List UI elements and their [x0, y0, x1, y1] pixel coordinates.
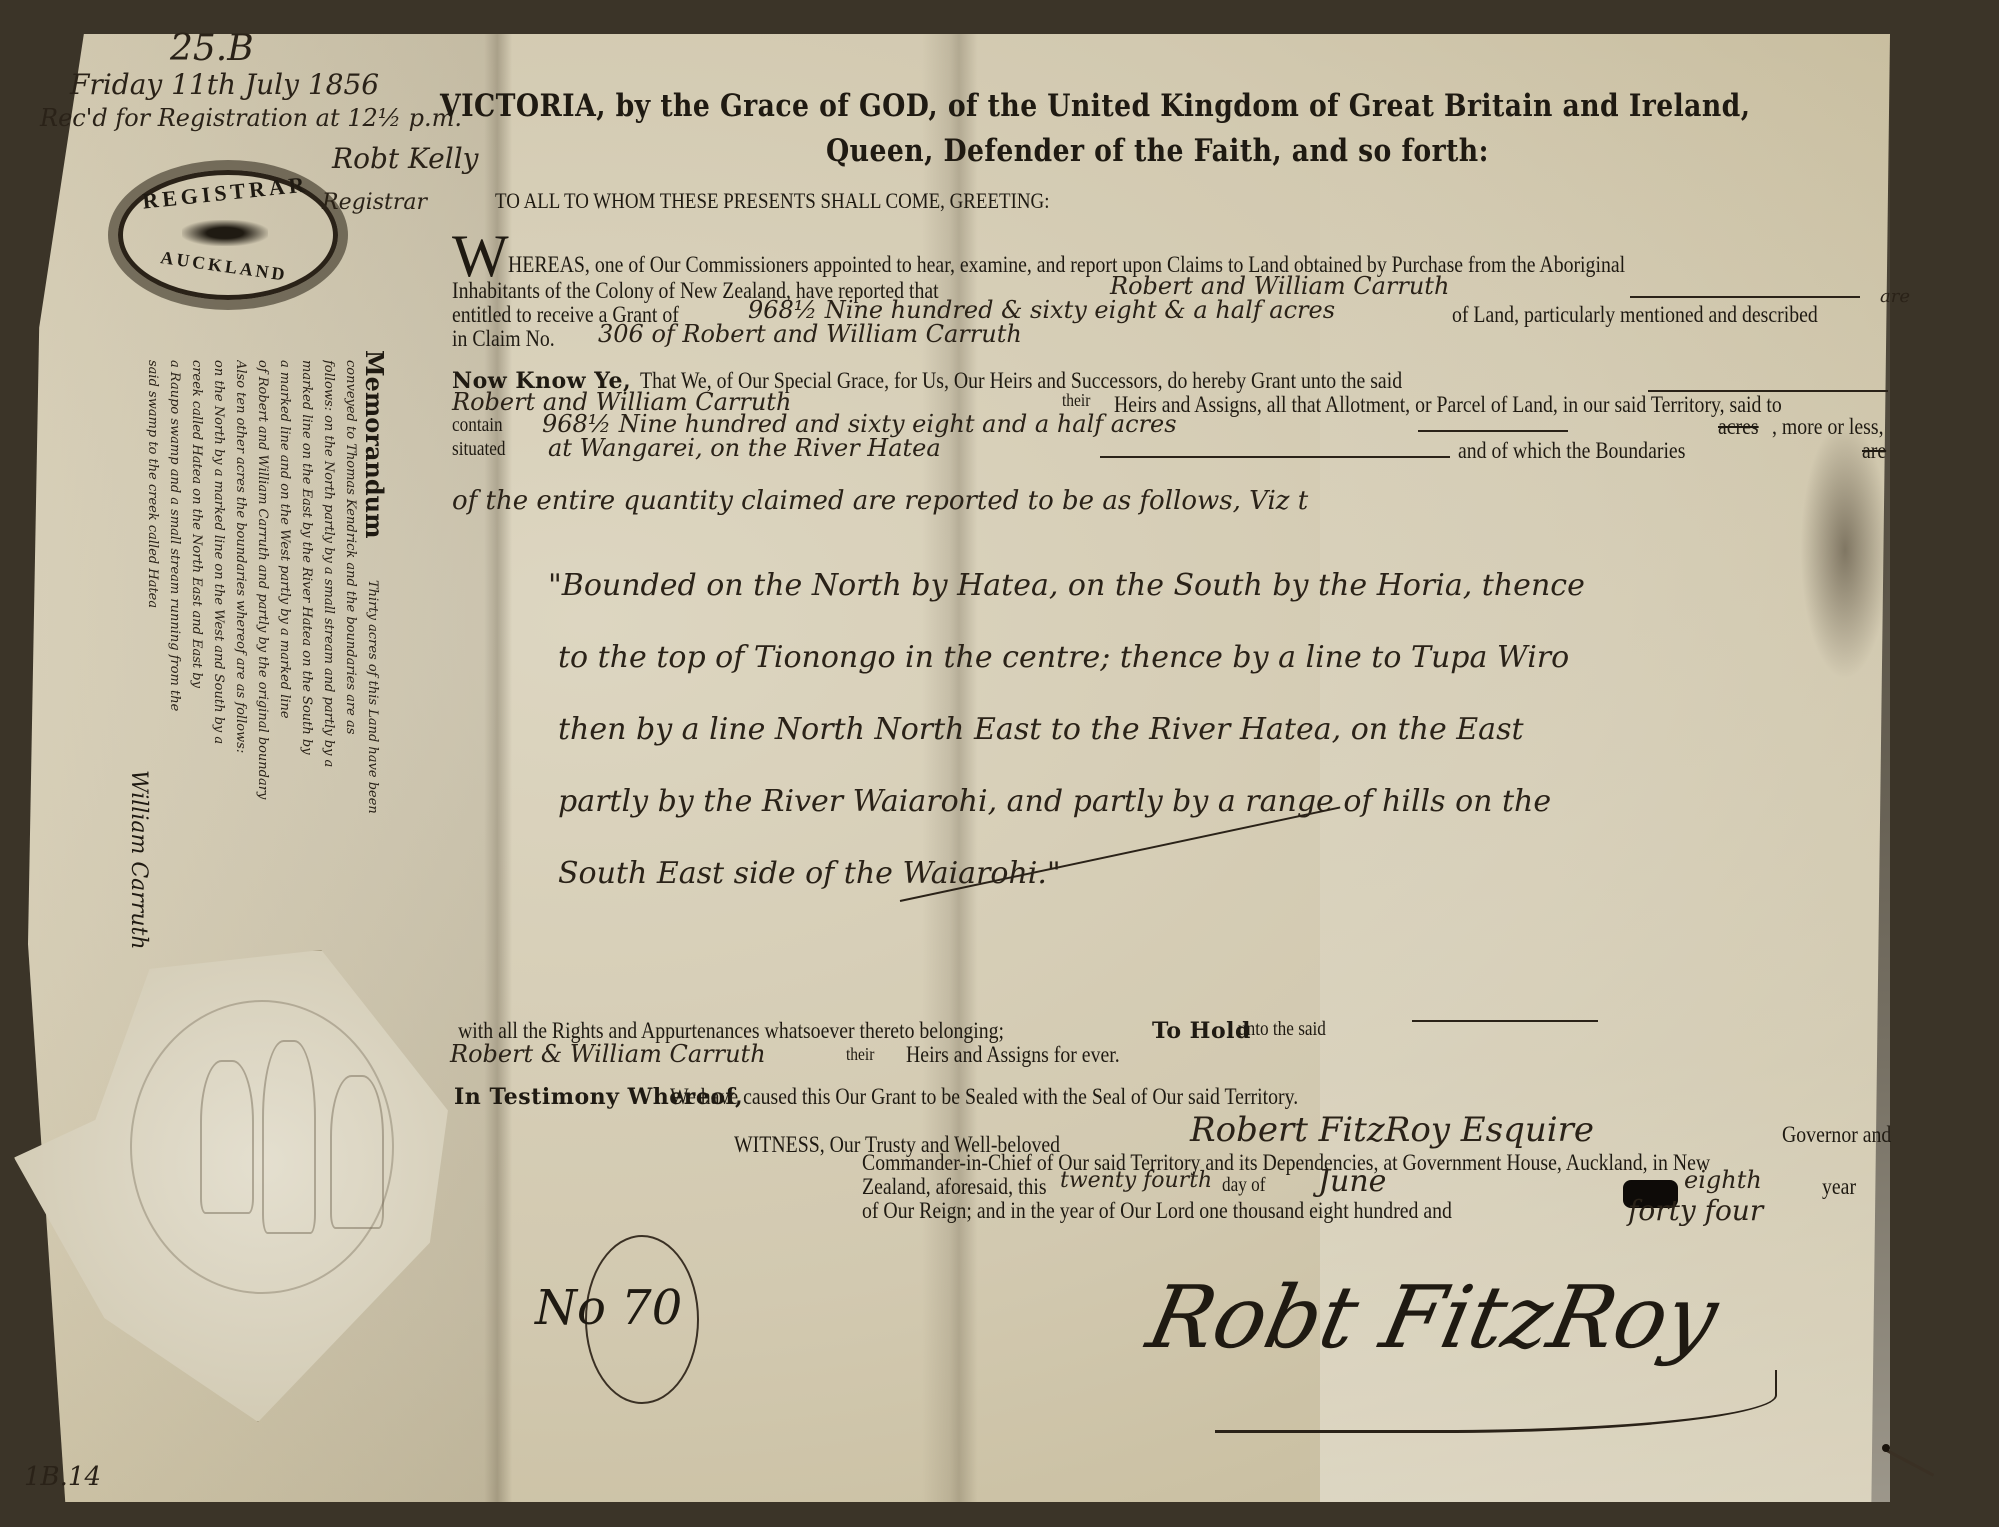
whereas-line-1: HEREAS, one of Our Commissioners appoint…: [508, 252, 1625, 278]
memorandum-title: Memorandum: [360, 350, 389, 539]
governor-signature: Robt FitzRoy: [1139, 1268, 1726, 1368]
seal-figure-icon: [330, 1075, 384, 1229]
day-of-label: day of: [1222, 1174, 1265, 1197]
testimony-text: We have caused this Our Grant to be Seal…: [670, 1084, 1298, 1110]
registrar-title: Registrar: [322, 190, 427, 215]
habendum-line-2: Heirs and Assigns for ever.: [906, 1042, 1120, 1068]
greeting: TO ALL TO WHOM THESE PRESENTS SHALL COME…: [495, 188, 1049, 214]
memorandum-signature: William Carruth: [126, 770, 151, 950]
pin-head-icon: [1882, 1444, 1890, 1452]
struck-acres: acres: [1718, 414, 1759, 440]
governor-and: Governor and: [1782, 1122, 1891, 1148]
stamp-crest-icon: [182, 220, 268, 246]
memo-line-5: a marked line and on the West partly by …: [274, 360, 292, 960]
location: at Wangarei, on the River Hatea: [548, 434, 941, 462]
corner-reference: 1B.14: [24, 1462, 101, 1492]
boundary-line-1: "Bounded on the North by Hatea, on the S…: [548, 568, 1585, 603]
boundaries-intro: and of which the Boundaries: [1458, 438, 1685, 464]
day-of-month: twenty fourth: [1060, 1168, 1212, 1193]
boundary-line-4: partly by the River Waiarohi, and partly…: [558, 784, 1551, 819]
boundary-line-5: South East side of the Waiarohi.": [558, 856, 1061, 891]
pin-icon: [1884, 1448, 1934, 1476]
situated-label: situated: [452, 438, 506, 461]
to-hold: To Hold: [1152, 1018, 1251, 1044]
memo-line-10: a Raupo swamp and a small stream running…: [164, 360, 182, 960]
memo-line-1: Thirty acres of this Land have been: [362, 580, 380, 870]
claim-number: 306 of Robert and William Carruth: [598, 320, 1022, 348]
more-or-less: , more or less,: [1772, 414, 1884, 440]
boundary-line-3: then by a line North North East to the R…: [558, 712, 1524, 747]
memo-line-2: conveyed to Thomas Kendrick and the boun…: [340, 360, 358, 960]
memo-line-7: Also ten other acres the boundaries wher…: [230, 360, 248, 960]
grant-number: No 70: [535, 1280, 682, 1336]
month: June: [1318, 1164, 1386, 1199]
governor-name: Robert FitzRoy Esquire: [1190, 1110, 1594, 1150]
blank-line: [1100, 456, 1450, 458]
royal-title-line-2: Queen, Defender of the Faith, and so for…: [826, 133, 1489, 169]
viz-line: of the entire quantity claimed are repor…: [452, 486, 1308, 516]
memo-line-4: marked line on the East by the River Hat…: [296, 360, 314, 960]
royal-title-line-1: VICTORIA, by the Grace of GOD, of the Un…: [440, 88, 1750, 124]
struck-are: are: [1862, 438, 1886, 464]
whereas-line-3-print-b: of Land, particularly mentioned and desc…: [1452, 302, 1818, 328]
their-1: their: [1062, 390, 1090, 411]
memo-line-9: creek called Hatea on the North East and…: [186, 360, 204, 960]
now-know-line-2: Heirs and Assigns, all that Allotment, o…: [1114, 392, 1782, 418]
grantees-3: Robert & William Carruth: [450, 1040, 766, 1068]
registrar-signature: Robt Kelly: [332, 142, 478, 175]
received-note: Rec'd for Registration at 12½ p.m.: [40, 104, 462, 132]
habendum-unto: unto the said: [1238, 1018, 1326, 1041]
witness-line-3-a: Zealand, aforesaid, this: [862, 1174, 1047, 1200]
whereas-line-4-print: in Claim No.: [452, 326, 555, 352]
witness-line-4: of Our Reign; and in the year of Our Lor…: [862, 1198, 1452, 1224]
their-2: their: [846, 1044, 874, 1065]
year-label: year: [1822, 1174, 1856, 1200]
blank-line: [1418, 430, 1568, 432]
memo-line-6: of Robert and William Carruth and partly…: [252, 360, 270, 960]
received-date: Friday 11th July 1856: [70, 68, 379, 101]
folio-number: 25.B: [170, 28, 254, 69]
seal-figure-icon: [262, 1040, 316, 1234]
memo-line-3: follows: on the North partly by a small …: [318, 360, 336, 960]
boundary-line-2: to the top of Tionongo in the centre; th…: [558, 640, 1569, 675]
year-of-lord: forty four: [1628, 1194, 1763, 1227]
dropcap: W: [452, 226, 509, 286]
memo-line-8: on the North by a marked line on the Wes…: [208, 360, 226, 960]
reign-year: eighth: [1684, 1166, 1762, 1194]
contain-label: contain: [452, 414, 503, 437]
seal-figure-icon: [200, 1060, 254, 1214]
margin-are: are: [1880, 286, 1910, 307]
blank-line: [1412, 1020, 1598, 1022]
witness-line-2: Commander-in-Chief of Our said Territory…: [862, 1150, 1710, 1176]
blank-line: [1630, 296, 1860, 298]
